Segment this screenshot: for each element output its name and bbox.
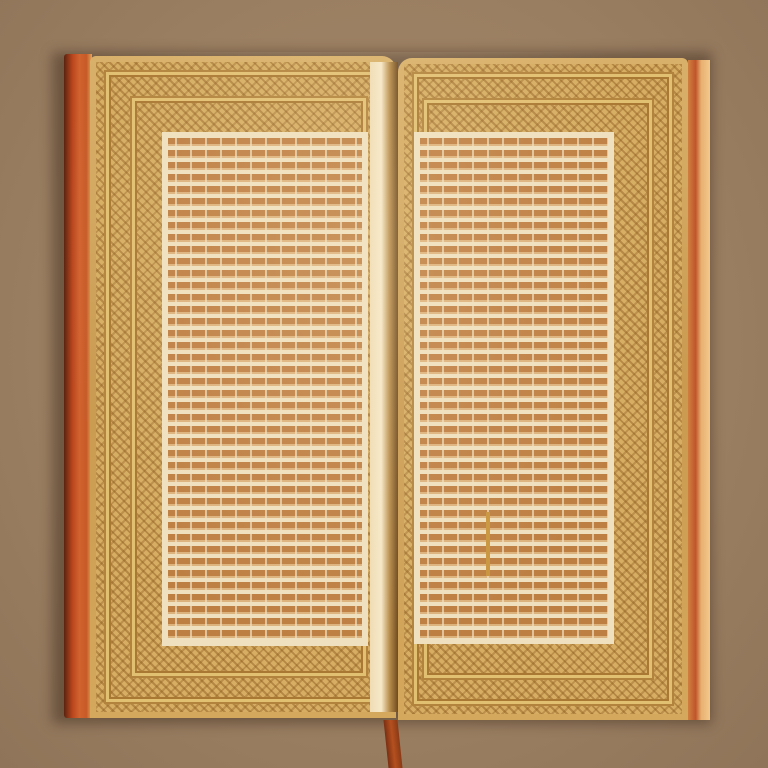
right-page	[398, 58, 688, 720]
left-script-lines	[168, 138, 362, 640]
book-gutter	[370, 62, 398, 712]
right-script-lines	[420, 138, 608, 638]
left-page-edges	[64, 54, 92, 718]
right-text-block	[414, 132, 614, 644]
left-text-block	[162, 132, 368, 646]
open-manuscript-book	[64, 52, 710, 724]
right-page-vertical-rule	[486, 512, 490, 576]
bookmark-ribbon	[383, 720, 402, 768]
right-page-edges	[688, 60, 710, 720]
left-page	[90, 56, 396, 718]
